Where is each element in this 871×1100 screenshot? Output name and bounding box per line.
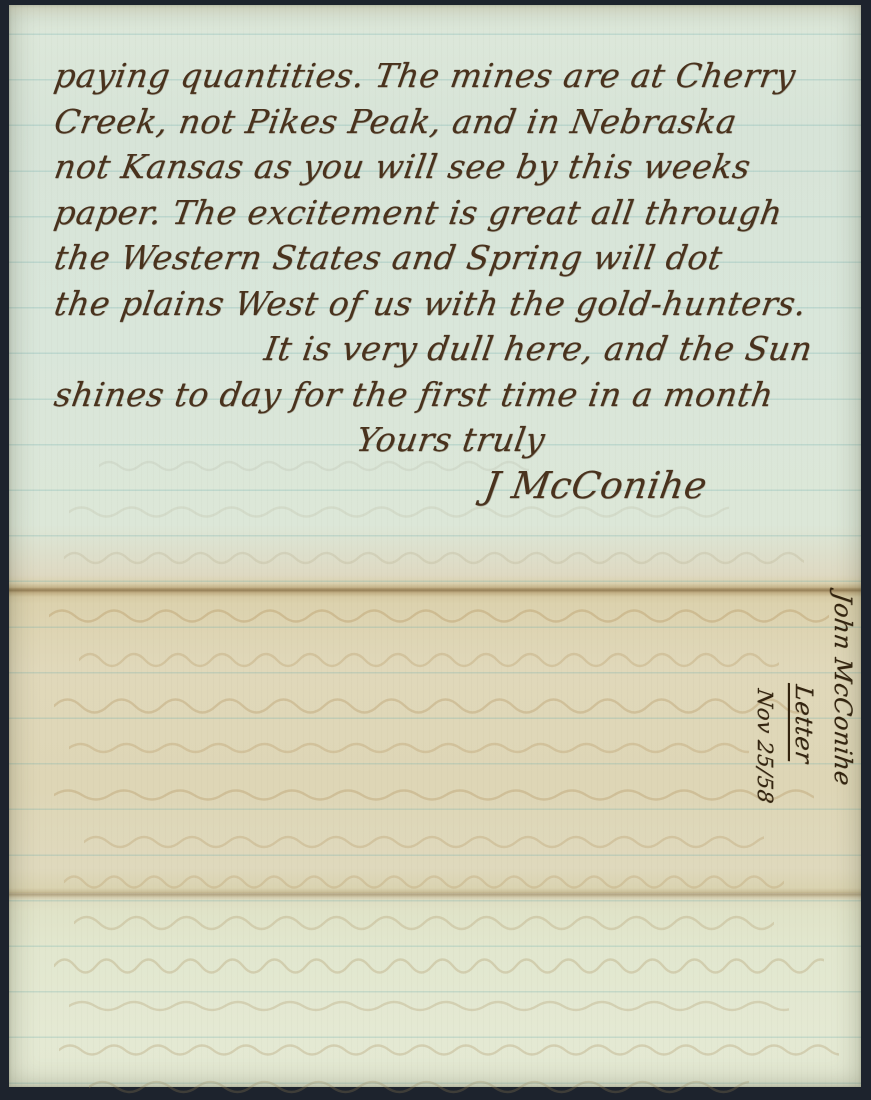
letter-line-6: the plains West of us with the gold-hunt…	[51, 281, 864, 327]
fold-crease-upper	[9, 583, 861, 597]
letter-line-2: Creek, not Pikes Peak, and in Nebraska	[51, 99, 864, 145]
letter-line-1: paying quantities. The mines are at Cher…	[51, 53, 864, 99]
letter-line-5: the Western States and Spring will dot	[51, 235, 864, 281]
letter-page: paying quantities. The mines are at Cher…	[9, 5, 861, 1087]
letter-line-4: paper. The excitement is great all throu…	[51, 190, 864, 236]
letter-line-7: It is very dull here, and the Sun	[261, 326, 864, 372]
letter-body: paying quantities. The mines are at Cher…	[51, 53, 857, 508]
fold-crease-lower	[9, 888, 861, 900]
docket-letter-line: Letter	[784, 590, 823, 875]
docket-date-line: Nov 25/58	[745, 590, 784, 875]
docket-name-line: John McConihe	[823, 590, 862, 875]
signature: J McConihe	[481, 463, 864, 509]
scan-background: paying quantities. The mines are at Cher…	[0, 0, 871, 1100]
closing-line: Yours truly	[353, 417, 864, 463]
docket-annotation: John McConihe Letter Nov 25/58	[742, 593, 862, 873]
letter-line-3: not Kansas as you will see by this weeks	[51, 144, 864, 190]
letter-line-8: shines to day for the first time in a mo…	[51, 372, 864, 418]
